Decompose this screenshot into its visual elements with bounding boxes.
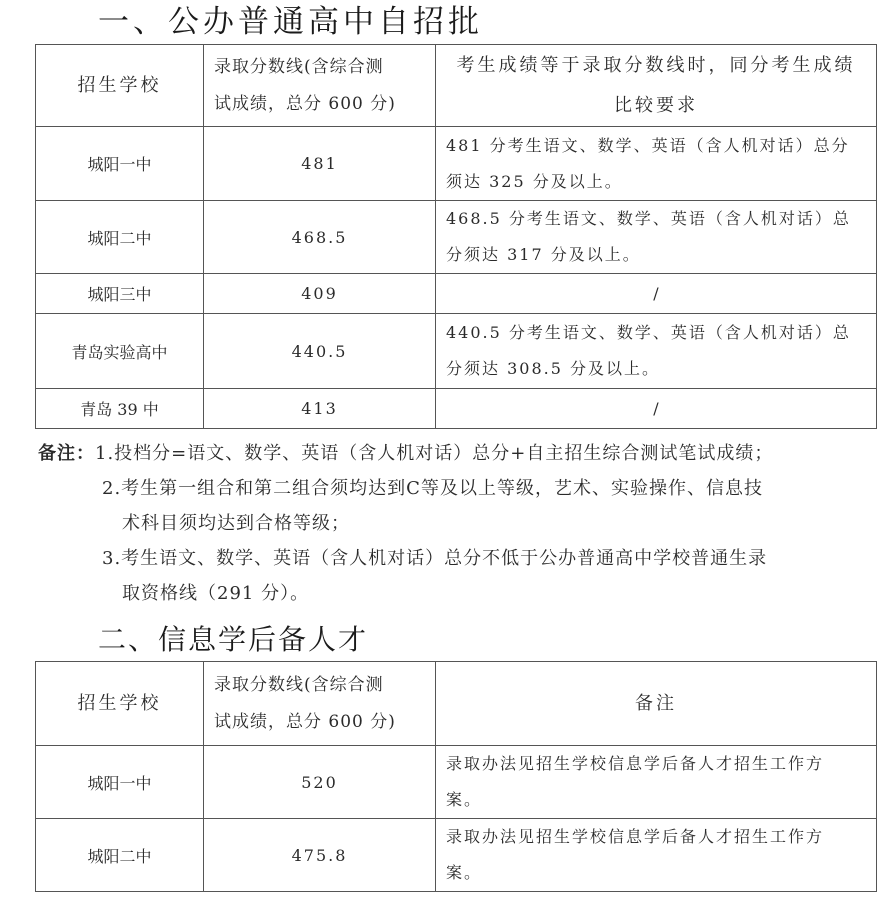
header-score-line-2: 试成绩，总分 600 分): [214, 704, 435, 741]
note-text: 术科目须均达到合格等级；: [102, 506, 888, 541]
header-tiebreak-2: 比较要求: [436, 86, 876, 126]
self-enrollment-table: 招生学校 录取分数线(含综合测 试成绩，总分 600 分) 考生成绩等于录取分数…: [35, 44, 877, 429]
score-cell: 475.8: [204, 819, 436, 892]
requirement-cell: 440.5 分考生语文、数学、英语（含人机对话）总 分须达 308.5 分及以上…: [436, 314, 877, 389]
requirement-line: 440.5 分考生语文、数学、英语（含人机对话）总: [446, 315, 866, 351]
notes-block: 备注：1.投档分=语文、数学、英语（含人机对话）总分+自主招生综合测试笔试成绩；…: [38, 436, 888, 611]
header-score-line: 录取分数线(含综合测 试成绩，总分 600 分): [204, 662, 436, 746]
header-remark: 备注: [436, 662, 877, 746]
note-item: 备注：1.投档分=语文、数学、英语（含人机对话）总分+自主招生综合测试笔试成绩；: [38, 436, 888, 471]
header-school: 招生学校: [36, 45, 204, 127]
note-text: 取资格线（291 分）。: [102, 576, 888, 611]
requirement-cell: /: [436, 389, 877, 429]
remark-line: 案。: [446, 782, 866, 818]
remark-cell: 录取办法见招生学校信息学后备人才招生工作方 案。: [436, 819, 877, 892]
requirement-line: 481 分考生语文、数学、英语（含人机对话）总分: [446, 128, 866, 164]
table-row: 青岛 39 中 413 /: [36, 389, 877, 429]
note-text: 1.投档分=语文、数学、英语（含人机对话）总分+自主招生综合测试笔试成绩；: [95, 443, 773, 464]
remark-line: 录取办法见招生学校信息学后备人才招生工作方: [446, 746, 866, 782]
requirement-line: 分须达 308.5 分及以上。: [446, 351, 866, 387]
note-item: 2.考生第一组合和第二组合须均达到C等及以上等级，艺术、实验操作、信息技 术科目…: [38, 471, 888, 541]
table-row: 城阳一中 481 481 分考生语文、数学、英语（含人机对话）总分 须达 325…: [36, 127, 877, 201]
requirement-cell: 468.5 分考生语文、数学、英语（含人机对话）总 分须达 317 分及以上。: [436, 201, 877, 274]
table-row: 城阳三中 409 /: [36, 274, 877, 314]
score-cell: 409: [204, 274, 436, 314]
header-school: 招生学校: [36, 662, 204, 746]
score-cell: 440.5: [204, 314, 436, 389]
header-score-line-1: 录取分数线(含综合测: [214, 667, 435, 704]
header-score-line-1: 录取分数线(含综合测: [214, 49, 435, 86]
score-cell: 520: [204, 746, 436, 819]
school-cell: 城阳一中: [36, 127, 204, 201]
remark-line: 录取办法见招生学校信息学后备人才招生工作方: [446, 819, 866, 855]
requirement-line: 须达 325 分及以上。: [446, 164, 866, 200]
remark-cell: 录取办法见招生学校信息学后备人才招生工作方 案。: [436, 746, 877, 819]
header-tiebreak-1: 考生成绩等于录取分数线时，同分考生成绩: [436, 46, 876, 86]
note-text: 3.考生语文、数学、英语（含人机对话）总分不低于公办普通高中学校普通生录: [102, 541, 888, 576]
score-cell: 468.5: [204, 201, 436, 274]
school-cell: 城阳二中: [36, 819, 204, 892]
requirement-cell: 481 分考生语文、数学、英语（含人机对话）总分 须达 325 分及以上。: [436, 127, 877, 201]
notes-label: 备注：: [38, 443, 95, 464]
score-cell: 413: [204, 389, 436, 429]
table-header-row: 招生学校 录取分数线(含综合测 试成绩，总分 600 分) 考生成绩等于录取分数…: [36, 45, 877, 127]
table-row: 城阳二中 475.8 录取办法见招生学校信息学后备人才招生工作方 案。: [36, 819, 877, 892]
requirement-cell: /: [436, 274, 877, 314]
table-row: 城阳一中 520 录取办法见招生学校信息学后备人才招生工作方 案。: [36, 746, 877, 819]
header-score-line: 录取分数线(含综合测 试成绩，总分 600 分): [204, 45, 436, 127]
informatics-reserve-table: 招生学校 录取分数线(含综合测 试成绩，总分 600 分) 备注 城阳一中 52…: [35, 661, 877, 892]
table-row: 城阳二中 468.5 468.5 分考生语文、数学、英语（含人机对话）总 分须达…: [36, 201, 877, 274]
note-text: 2.考生第一组合和第二组合须均达到C等及以上等级，艺术、实验操作、信息技: [102, 471, 888, 506]
table-row: 青岛实验高中 440.5 440.5 分考生语文、数学、英语（含人机对话）总 分…: [36, 314, 877, 389]
table-header-row: 招生学校 录取分数线(含综合测 试成绩，总分 600 分) 备注: [36, 662, 877, 746]
remark-line: 案。: [446, 855, 866, 891]
school-cell: 青岛实验高中: [36, 314, 204, 389]
requirement-line: 分须达 317 分及以上。: [446, 237, 866, 273]
school-cell: 城阳一中: [36, 746, 204, 819]
header-tiebreak: 考生成绩等于录取分数线时，同分考生成绩 比较要求: [436, 45, 877, 127]
school-cell: 城阳三中: [36, 274, 204, 314]
section1-title: 一、公办普通高中自招批: [98, 2, 483, 42]
header-score-line-2: 试成绩，总分 600 分): [214, 86, 435, 123]
school-cell: 城阳二中: [36, 201, 204, 274]
school-cell: 青岛 39 中: [36, 389, 204, 429]
requirement-line: 468.5 分考生语文、数学、英语（含人机对话）总: [446, 201, 866, 237]
note-item: 3.考生语文、数学、英语（含人机对话）总分不低于公办普通高中学校普通生录 取资格…: [38, 541, 888, 611]
section2-title: 二、信息学后备人才: [98, 620, 368, 660]
score-cell: 481: [204, 127, 436, 201]
